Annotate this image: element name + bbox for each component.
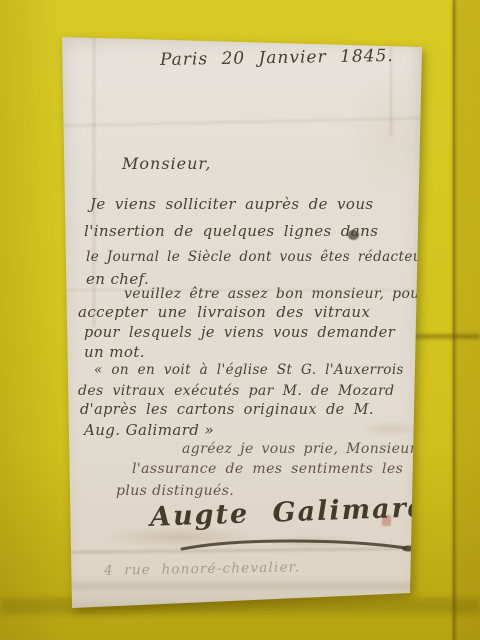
date-line: Paris 20 Janvier 1845.: [160, 47, 394, 71]
background-crease: [415, 334, 480, 339]
letter-paper-wrapper: Paris 20 Janvier 1845. Monsieur, Je vien…: [60, 37, 422, 608]
background-left-shade: [0, 0, 60, 640]
letter-line: l'assurance de mes sentiments les: [132, 461, 403, 477]
letter-line: accepter une livraison des vitraux: [78, 304, 370, 321]
letter-line: plus distingués.: [116, 483, 234, 499]
paper-crease-horizontal: [60, 117, 422, 127]
letter-paper: Paris 20 Janvier 1845. Monsieur, Je vien…: [60, 37, 422, 608]
background-fold-strip: [453, 0, 480, 640]
letter-line: l'insertion de quelques lignes dans: [84, 223, 378, 240]
letter-line: des vitraux exécutés par M. de Mozard: [78, 383, 395, 399]
background-fold-line: [452, 0, 455, 640]
letter-line: d'après les cartons originaux de M.: [80, 402, 374, 419]
letter-line: agréez je vous prie, Monsieur: [182, 441, 417, 457]
letter-line: pour lesquels je viens vous demander: [84, 325, 395, 342]
address-line: 4 rue honoré-chevalier.: [104, 559, 301, 578]
signature-flourish: [178, 534, 423, 558]
letter-line: veuillez être assez bon monsieur, pour: [124, 286, 427, 302]
letter-line: Je viens solliciter auprès de vous: [90, 196, 374, 213]
salutation: Monsieur,: [122, 155, 211, 173]
letter-line: « on en voit à l'église St G. l'Auxerroi…: [94, 363, 404, 379]
letter-line: le Journal le Siècle dont vous êtes réda…: [86, 250, 429, 266]
letter-line: un mot.: [84, 344, 145, 361]
paper-crease-horizontal: [60, 582, 422, 590]
letter-line: Aug. Galimard »: [84, 422, 214, 439]
photo-background: Paris 20 Janvier 1845. Monsieur, Je vien…: [0, 0, 480, 640]
